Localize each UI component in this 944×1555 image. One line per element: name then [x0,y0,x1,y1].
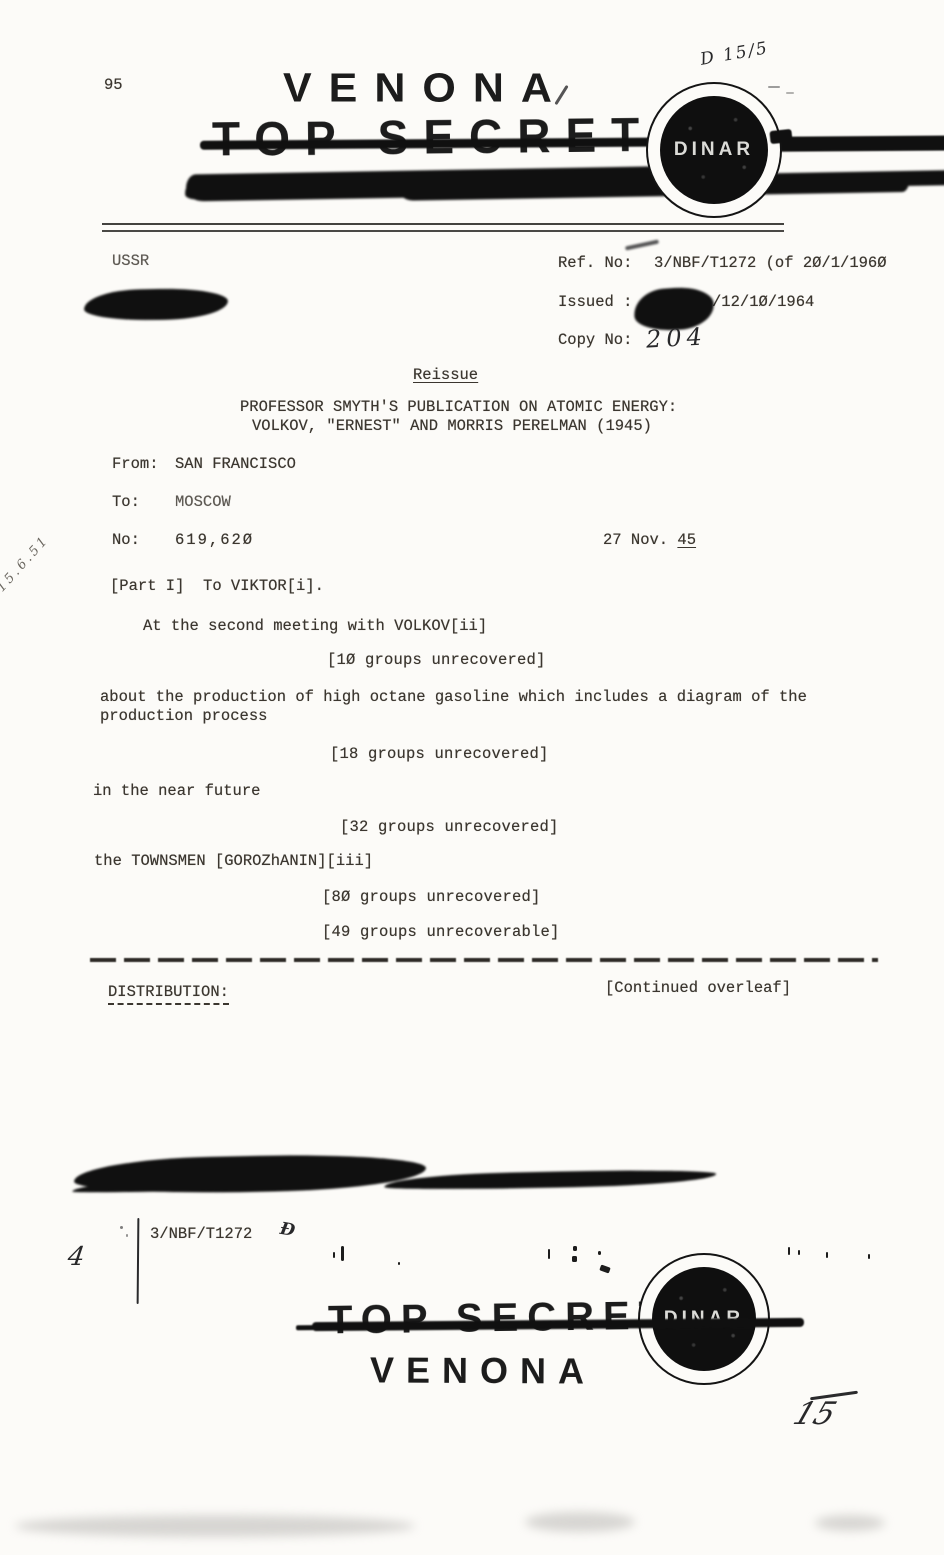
from-label: From: [112,455,159,474]
body-line-2: in the near future [93,782,260,801]
pencil-dot-mark [786,92,794,94]
issued-value: /12/1Ø/1964 [712,293,814,312]
distribution-label-text: DISTRIBUTION: [108,983,229,1005]
handwritten-reference-note: D 15/5 [699,38,771,70]
message-date: 27 Nov. 45 [603,531,696,550]
no-label: No: [112,531,140,550]
handwritten-sheet-number: 15 [788,1396,841,1432]
ink-speck [598,1251,601,1255]
copy-no-label: Copy No: [558,331,632,350]
distribution-heading: DISTRIBUTION: [108,983,229,1002]
document-title-line2: VOLKOV, "ERNEST" AND MORRIS PERELMAN (19… [252,417,652,436]
body-part-line: [Part I] To VIKTOR[i]. [110,577,324,596]
footer-reference: 3/NBF/T1272 [150,1225,252,1244]
to-label: To: [112,493,140,512]
pencil-mark-4: 4 [66,1242,87,1272]
country-label: USSR [112,252,149,271]
venona-banner-bottom: VENONA [370,1349,596,1392]
obliteration-scribble-bar [186,165,704,201]
groups-unrecovered-4: [8Ø groups unrecovered] [322,888,541,907]
ink-speck [826,1252,828,1258]
dinar-stamp-disc: DINAR [660,96,768,204]
scan-smudge [525,1512,635,1532]
ref-no-label: Ref. No: [558,254,632,273]
ink-smudge-mark [625,240,659,251]
venona-document-page: 95 VENONA TOP SECRET D 15/5 DINAR USSR R… [0,0,944,1555]
ink-speck [572,1256,577,1262]
redaction-bar-left [84,287,229,321]
top-secret-stamp-top: TOP SECRET [212,107,655,168]
groups-unrecovered-1: [1Ø groups unrecovered] [327,651,546,670]
document-title-line1: PROFESSOR SMYTH'S PUBLICATION ON ATOMIC … [240,398,677,417]
groups-unrecovered-3: [32 groups unrecovered] [340,818,559,837]
scan-smudge [15,1515,415,1537]
margin-pen-line [137,1218,140,1304]
ink-dot [120,1226,123,1229]
header-divider-rule [102,223,784,232]
continued-overleaf-note: [Continued overleaf] [605,979,791,998]
ink-speck [333,1252,335,1258]
to-value: MOSCOW [175,493,231,512]
body-line-3: the TOWNSMEN [GOROZhANIN][iii] [94,852,373,871]
body-line-1: At the second meeting with VOLKOV[ii] [143,617,487,636]
dinar-stamp-label: DINAR [674,139,754,161]
ink-speck [341,1246,344,1261]
pencil-dash-mark [768,86,780,88]
scan-smudge [815,1515,885,1531]
no-value: 619,62Ø [175,531,254,550]
groups-unrecovered-2: [18 groups unrecovered] [330,745,549,764]
page-number: 95 [104,76,123,95]
margin-handwritten-note: 15.6.51 [0,533,52,596]
ref-no-value: 3/NBF/T1272 (of 2Ø/1/196Ø [654,254,887,273]
issued-label: Issued : [558,293,632,312]
groups-unrecoverable-5: [49 groups unrecoverable] [322,923,560,942]
dinar-stamp-top: DINAR [646,82,782,218]
body-paragraph-line2: production process [100,707,267,726]
ink-speck [798,1250,800,1255]
from-value: SAN FRANCISCO [175,455,296,474]
ink-speck [868,1254,870,1259]
redaction-bar-bottom [74,1152,427,1195]
date-prefix: 27 Nov. [603,531,677,549]
date-day-underlined: 45 [677,531,696,549]
reissue-label: Reissue [413,366,478,385]
copy-no-value-handwritten: 204 [645,322,707,353]
dashed-section-divider [90,958,878,962]
stamp-ink-tab [769,129,792,144]
body-paragraph-line1: about the production of high octane gaso… [100,688,807,707]
ink-dot-2 [126,1234,128,1237]
ink-speck [573,1246,577,1251]
ink-speck [599,1264,610,1273]
ink-speck [548,1249,550,1259]
ink-speck [398,1262,400,1265]
ink-speck [788,1247,790,1255]
footer-handwritten-mark: Đ [278,1219,296,1241]
venona-banner-top: VENONA [283,65,569,112]
